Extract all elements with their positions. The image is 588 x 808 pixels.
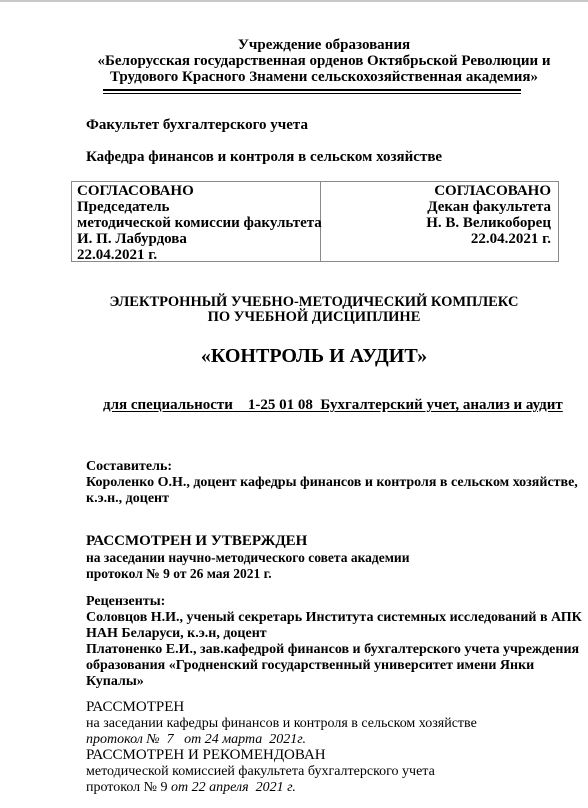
faculty-name: Факультет бухгалтерского учета (86, 117, 308, 134)
approved-heading: РАССМОТРЕН И УТВЕРЖДЕН (86, 533, 409, 550)
reviewer-line: Купалы» (86, 674, 582, 690)
approval-position: Председатель (77, 199, 315, 215)
approval-date: 22.04.2021 г. (326, 231, 551, 247)
discipline-title: «КОНТРОЛЬ И АУДИТ» (0, 344, 588, 368)
institution-header: Учреждение образования «Белорусская госу… (0, 37, 588, 85)
approved-section: РАССМОТРЕН И УТВЕРЖДЕН на заседании науч… (86, 533, 409, 581)
approval-date: 22.04.2021 г. (77, 247, 315, 263)
approval-name: Н. В. Великоборец (326, 215, 551, 231)
page-top-border (0, 0, 588, 2)
considered-heading: РАССМОТРЕН (86, 699, 477, 716)
approved-text: на заседании научно-методического совета… (86, 550, 409, 566)
reviewer-line: Соловцов Н.И., ученый секретарь Институт… (86, 610, 582, 626)
recommended-protocol: протокол № 9 от 22 апреля 2021 г. (86, 780, 477, 796)
header-double-rule (103, 89, 521, 94)
institution-line: «Белорусская государственная орденов Окт… (0, 53, 588, 69)
department-name: Кафедра финансов и контроля в сельском х… (86, 149, 442, 166)
reviewers-section: Рецензенты: Соловцов Н.И., ученый секрет… (86, 594, 582, 690)
composer-text: к.э.н., доцент (86, 491, 578, 507)
recommended-heading: РАССМОТРЕН И РЕКОМЕНДОВАН (86, 747, 477, 764)
composer-section: Составитель: Короленко О.Н., доцент кафе… (86, 459, 578, 507)
approved-protocol: протокол № 9 от 26 мая 2021 г. (86, 566, 409, 582)
considered-text: на заседании кафедры финансов и контроля… (86, 716, 477, 732)
recommended-protocol-number: протокол № 9 (86, 780, 171, 795)
approval-name: И. П. Лабурдова (77, 231, 315, 247)
approval-title: СОГЛАСОВАНО (326, 183, 551, 199)
composer-text: Короленко О.Н., доцент кафедры финансов … (86, 475, 578, 491)
approval-left-cell: СОГЛАСОВАНО Председатель методической ко… (72, 182, 321, 261)
composer-label: Составитель: (86, 459, 578, 475)
considered-protocol: протокол № 7 от 24 марта 2021г. (86, 732, 477, 748)
approval-right-cell: СОГЛАСОВАНО Декан факультета Н. В. Велик… (321, 182, 558, 261)
complex-title-line: ПО УЧЕБНОЙ ДИСЦИПЛИНЕ (0, 310, 588, 325)
approval-table: СОГЛАСОВАНО Председатель методической ко… (71, 181, 559, 262)
specialty-line: для специальности 1-25 01 08 Бухгалтерск… (103, 397, 563, 414)
approval-position: методической комиссии факультета (77, 215, 315, 231)
recommended-text: методической комиссией факультета бухгал… (86, 764, 477, 780)
complex-title-line: ЭЛЕКТРОННЫЙ УЧЕБНО-МЕТОДИЧЕСКИЙ КОМПЛЕКС (0, 295, 588, 310)
approval-position: Декан факультета (326, 199, 551, 215)
institution-line: Трудового Красного Знамени сельскохозяйс… (0, 69, 588, 85)
recommended-protocol-date: от 22 апреля 2021 г. (171, 780, 296, 795)
considered-section: РАССМОТРЕН на заседании кафедры финансов… (86, 699, 477, 795)
reviewer-line: образования «Гродненский государственный… (86, 658, 582, 674)
institution-line: Учреждение образования (0, 37, 588, 53)
reviewers-label: Рецензенты: (86, 594, 582, 610)
approval-title: СОГЛАСОВАНО (77, 183, 315, 199)
reviewer-line: Платоненко Е.И., зав.кафедрой финансов и… (86, 642, 582, 658)
reviewer-line: НАН Беларуси, к.э.н, доцент (86, 626, 582, 642)
complex-title: ЭЛЕКТРОННЫЙ УЧЕБНО-МЕТОДИЧЕСКИЙ КОМПЛЕКС… (0, 295, 588, 325)
